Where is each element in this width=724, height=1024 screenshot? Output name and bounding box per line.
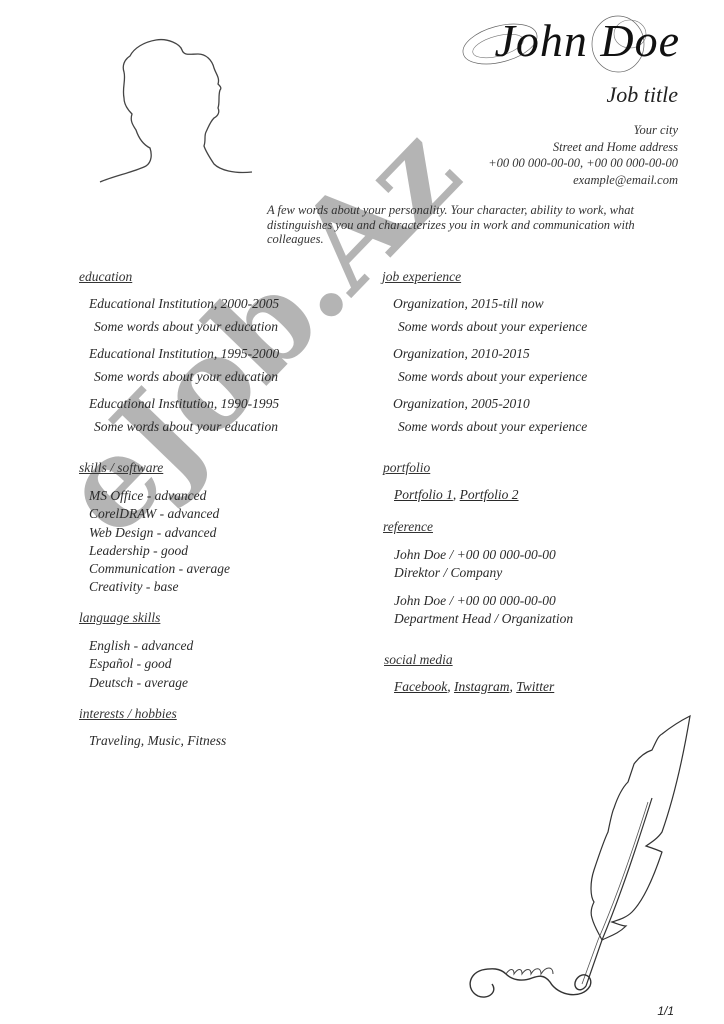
education-description: Some words about your education [94,419,278,435]
skill-item: CorelDRAW - advanced [89,505,230,523]
languages-heading: language skills [79,610,160,626]
language-item: Deutsch - average [89,674,193,692]
experience-description: Some words about your experience [398,419,587,435]
portrait-silhouette-icon [94,38,254,188]
skill-item: Leadership - good [89,542,230,560]
experience-heading: job experience [382,269,461,285]
reference-position: Department Head / Organization [394,610,573,628]
portfolio-links: Portfolio 1, Portfolio 2 [394,487,519,503]
education-description: Some words about your education [94,369,278,385]
reference-contact: John Doe / +00 00 000-00-00 [394,546,556,564]
experience-description: Some words about your experience [398,319,587,335]
skill-item: Communication - average [89,560,230,578]
portfolio-heading: portfolio [383,460,430,476]
reference-heading: reference [383,519,433,535]
education-description: Some words about your education [94,319,278,335]
facebook-link[interactable]: Facebook [394,679,447,694]
experience-item: Organization, 2010-2015 [393,346,530,362]
education-item: Educational Institution, 1990-1995 [89,396,279,412]
contact-email[interactable]: example@email.com [488,172,678,189]
separator: , [453,487,460,502]
portfolio-link-2[interactable]: Portfolio 2 [460,487,519,502]
twitter-link[interactable]: Twitter [516,679,554,694]
experience-item: Organization, 2005-2010 [393,396,530,412]
page-number: 1/1 [657,1004,674,1018]
social-links: Facebook, Instagram, Twitter [394,679,554,695]
quill-feather-icon [462,712,698,1008]
contact-block: Your city Street and Home address +00 00… [488,122,678,188]
experience-item: Organization, 2015-till now [393,296,544,312]
skill-item: Web Design - advanced [89,524,230,542]
languages-list: English - advanced Español - good Deutsc… [89,637,193,692]
skills-list: MS Office - advanced CorelDRAW - advance… [89,487,230,597]
education-item: Educational Institution, 1995-2000 [89,346,279,362]
candidate-name: John Doe [494,14,680,67]
language-item: Español - good [89,655,193,673]
interests-text: Traveling, Music, Fitness [89,733,226,749]
education-heading: education [79,269,132,285]
separator: , [447,679,454,694]
about-text: A few words about your personality. Your… [267,203,687,247]
instagram-link[interactable]: Instagram [454,679,510,694]
skills-heading: skills / software [79,460,163,476]
language-item: English - advanced [89,637,193,655]
contact-address: Street and Home address [488,139,678,156]
job-title: Job title [607,82,678,108]
experience-description: Some words about your experience [398,369,587,385]
reference-entry: John Doe / +00 00 000-00-00 Direktor / C… [394,546,556,583]
skill-item: Creativity - base [89,578,230,596]
reference-entry: John Doe / +00 00 000-00-00 Department H… [394,592,573,629]
social-heading: social media [384,652,453,668]
interests-heading: interests / hobbies [79,706,177,722]
education-item: Educational Institution, 2000-2005 [89,296,279,312]
skill-item: MS Office - advanced [89,487,230,505]
portfolio-link-1[interactable]: Portfolio 1 [394,487,453,502]
contact-phones: +00 00 000-00-00, +00 00 000-00-00 [488,155,678,172]
reference-contact: John Doe / +00 00 000-00-00 [394,592,573,610]
contact-city: Your city [488,122,678,139]
reference-position: Direktor / Company [394,564,556,582]
